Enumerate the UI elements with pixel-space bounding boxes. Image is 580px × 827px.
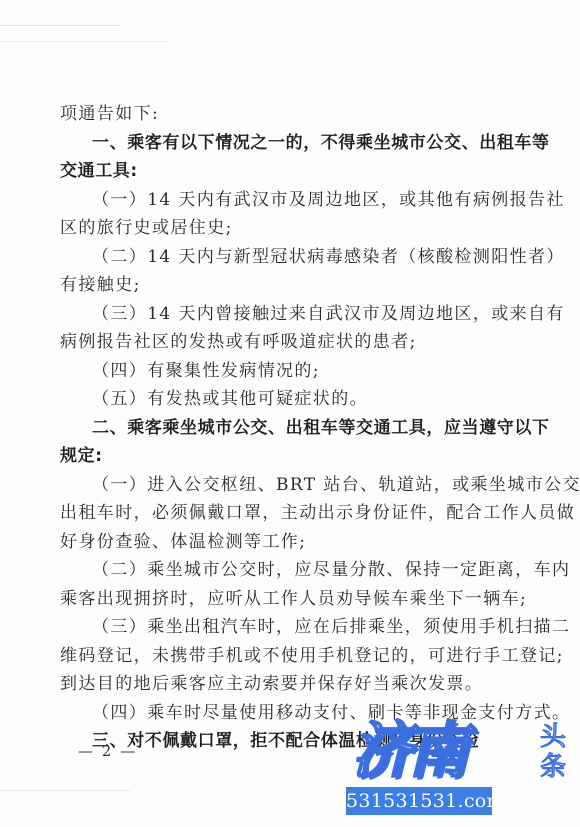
- scan-artifact: [0, 41, 170, 42]
- section-heading-1-cont: 交通工具:: [60, 161, 138, 181]
- section-heading-2-cont: 规定:: [60, 446, 103, 466]
- text-line: （四）有聚集性发病情况的;: [92, 361, 320, 381]
- text-line: （四）乘车时尽量使用移动支付、刷卡等非现金支付方式。: [92, 703, 570, 723]
- watermark-side-char: 头: [538, 722, 568, 752]
- section-heading-1: 一、乘客有以下情况之一的，不得乘坐城市公交、出租车等: [92, 133, 550, 153]
- text-line: （五）有发热或其他可疑症状的。: [92, 389, 368, 409]
- text-line: 出租车时，必须佩戴口罩，主动出示身份证件，配合工作人员做: [60, 503, 575, 523]
- text-line: （三）14 天内曾接触过来自武汉市及周边地区，或来自有: [92, 304, 565, 324]
- watermark-logo: 济南: [352, 716, 464, 786]
- watermark-side-text: 头 条: [538, 722, 568, 782]
- section-heading-2: 二、乘客乘坐城市公交、出租车等交通工具，应当遵守以下: [92, 418, 550, 438]
- text-line: （一）进入公交枢纽、BRT 站台、轨道站，或乘坐城市公交、: [92, 475, 580, 495]
- text-line: （三）乘坐出租汽车时，应在后排乘坐，须使用手机扫描二: [92, 617, 570, 637]
- text-line: 维码登记，未携带手机或不使用手机登记的，可进行手工登记;: [60, 646, 564, 666]
- text-line: 乘客出现拥挤时，应听从工作人员劝导候车乘坐下一辆车;: [60, 589, 527, 609]
- scan-artifact: [0, 790, 130, 791]
- text-line: 好身份查验、体温检测等工作;: [60, 532, 306, 552]
- text-line: 有接触史;: [60, 275, 141, 295]
- text-line: 到达目的地后乘客应主动索要并保存好当乘次发票。: [60, 674, 483, 694]
- watermark-side-char: 条: [538, 752, 568, 782]
- watermark-url: 531531531.com: [346, 787, 492, 815]
- text-line: （一）14 天内有武汉市及周边地区，或其他有病例报告社: [92, 190, 565, 210]
- text-line: 病例报告社区的发热或有呼吸道症状的患者;: [60, 332, 417, 352]
- text-line: （二）14 天内与新型冠状病毒感染者（核酸检测阳性者）: [92, 247, 565, 267]
- text-line: （二）乘坐城市公交时，应尽量分散、保持一定距离，车内: [92, 560, 570, 580]
- text-line: 区的旅行史或居住史;: [60, 218, 233, 238]
- scan-artifact: [0, 25, 120, 26]
- text-line: 项通告如下:: [60, 104, 159, 124]
- page-number: — 2 —: [78, 742, 137, 760]
